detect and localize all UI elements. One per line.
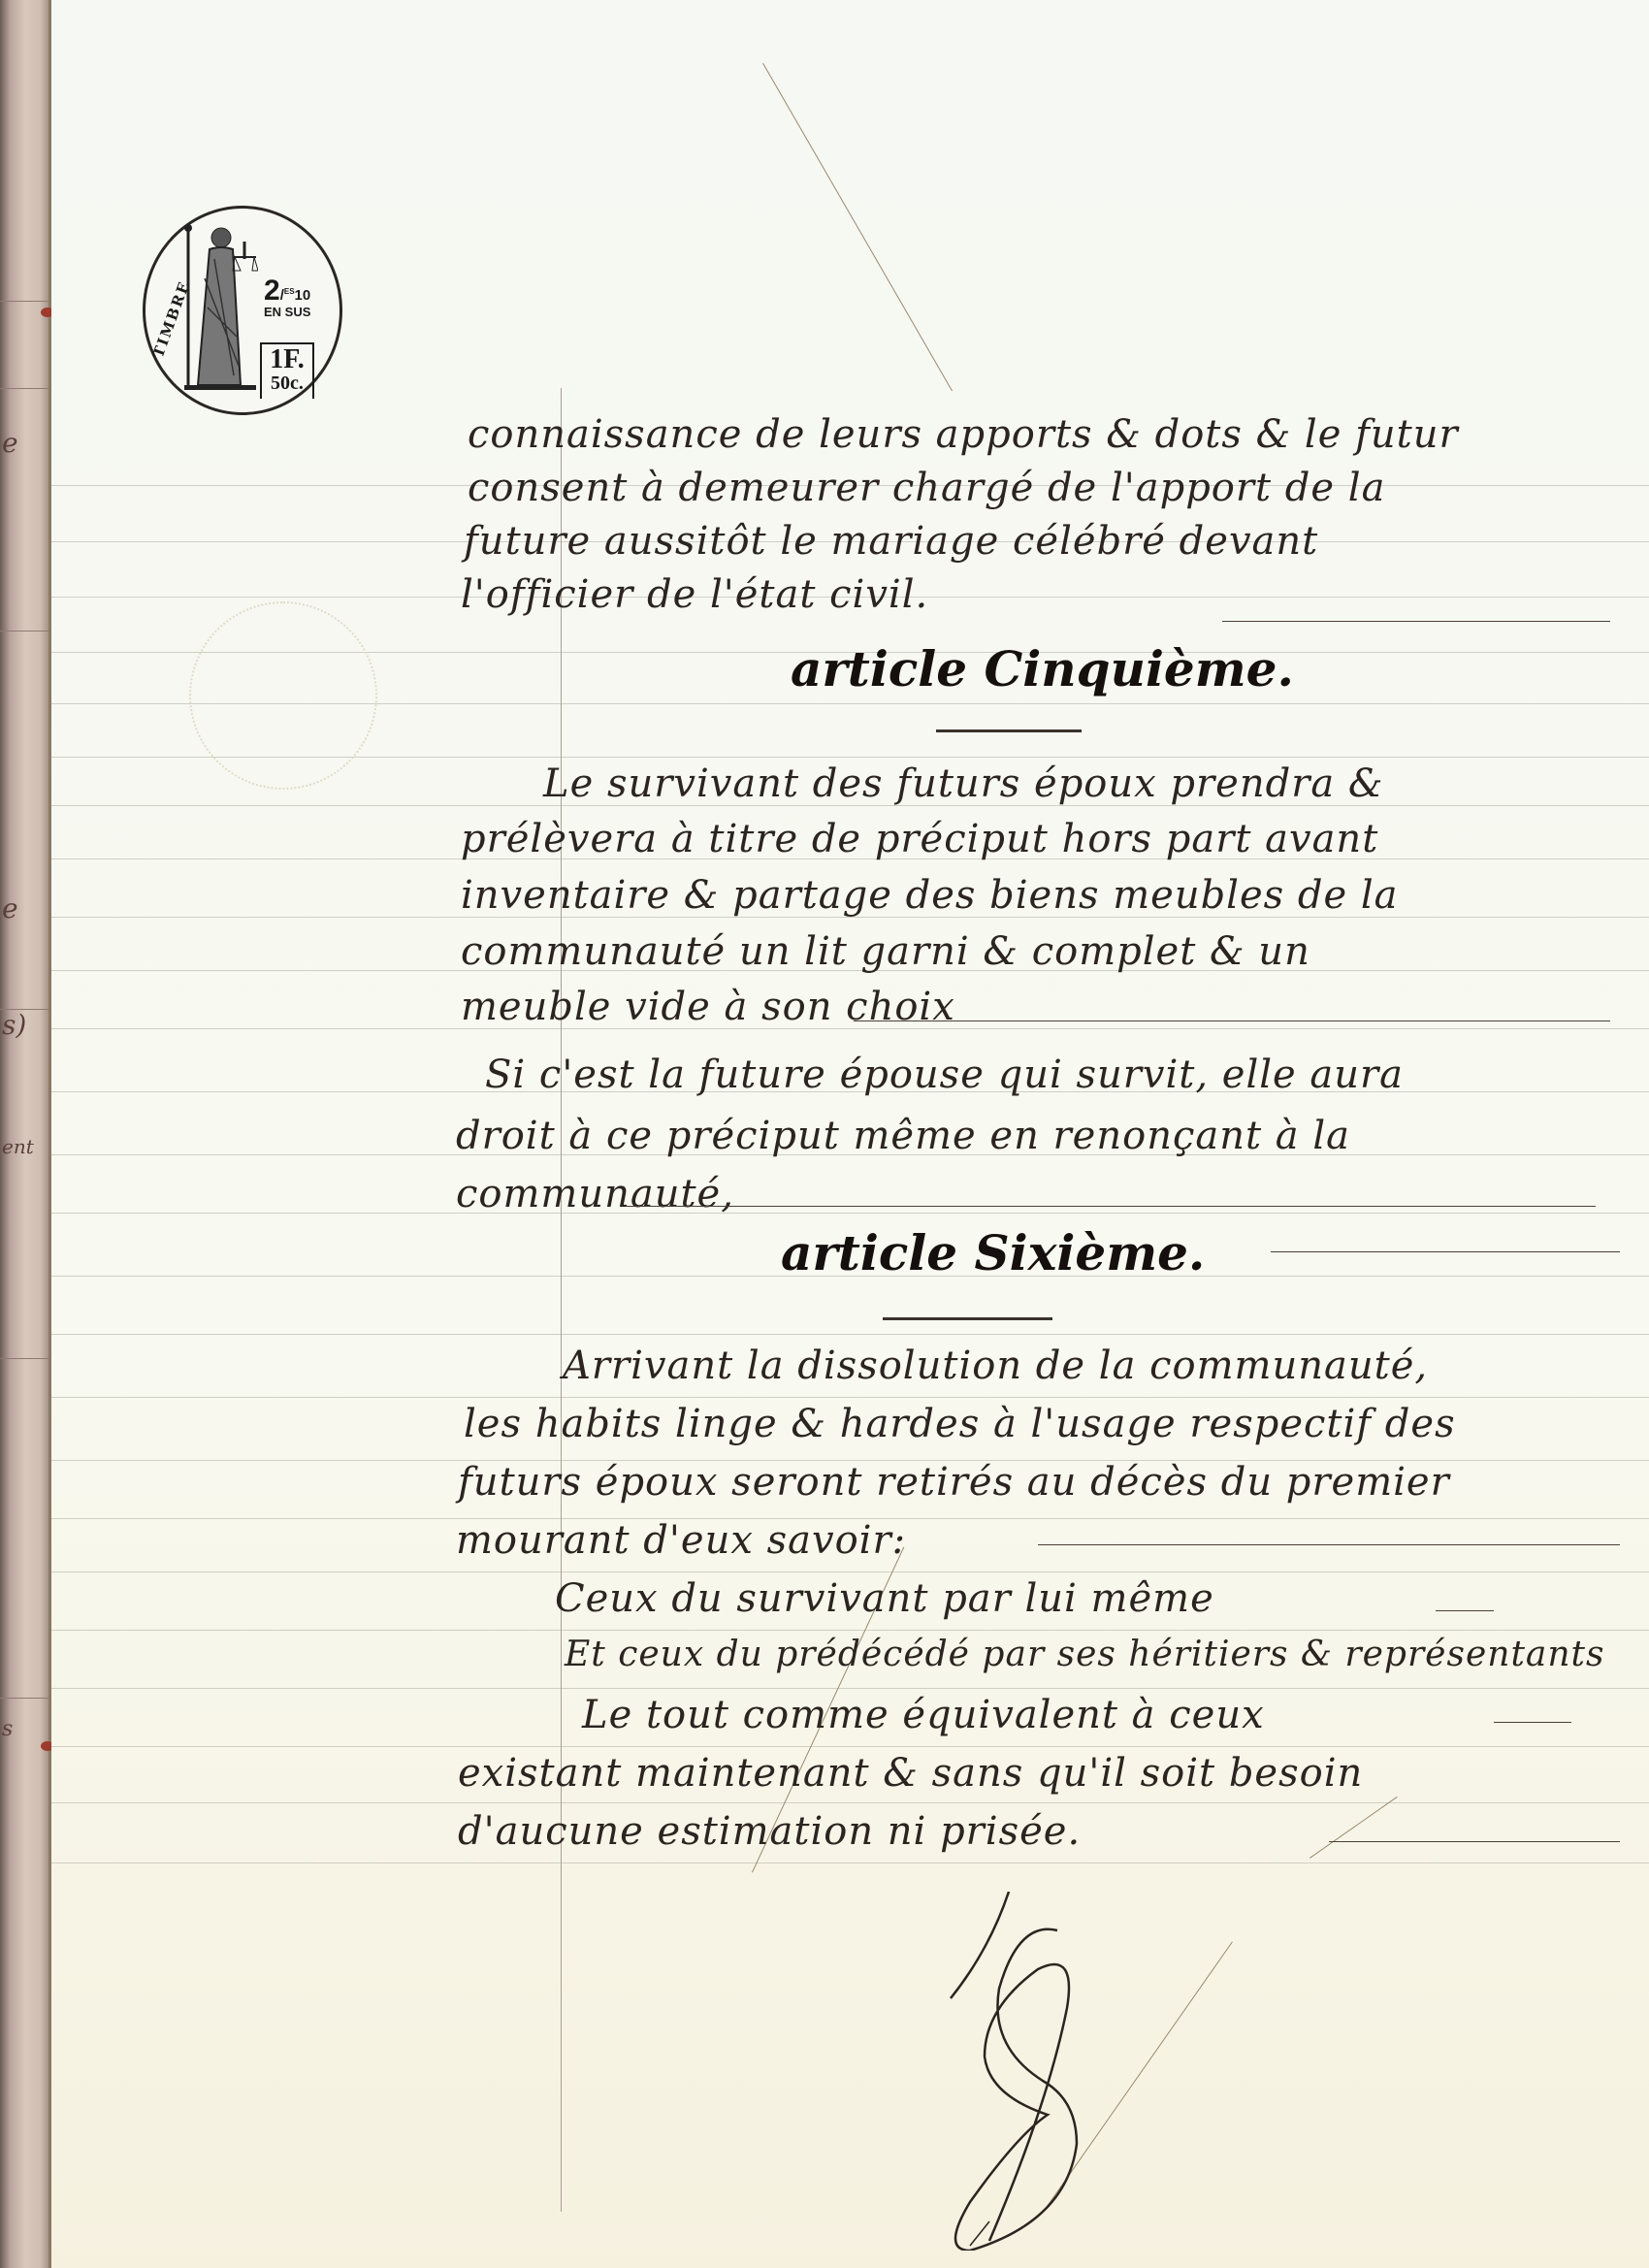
fill-dash: [854, 1021, 1610, 1021]
binding-mark: s): [2, 1009, 26, 1041]
stamp-surcharge: 2/ES10 EN SUS: [264, 276, 310, 318]
margin-line: [561, 388, 562, 2212]
text-line: les habits linge & hardes à l'usage resp…: [464, 1402, 1456, 1446]
text-line: Le tout comme équivalent à ceux: [582, 1693, 1265, 1737]
fill-dash: [1271, 1251, 1620, 1252]
text-line: connaissance de leurs apports & dots & l…: [468, 412, 1459, 457]
article-6-heading: article Sixième.: [781, 1224, 1205, 1281]
ruled-line: [51, 1213, 1649, 1214]
text-line: meuble vide à son choix: [461, 985, 955, 1029]
binding-rule: [0, 388, 48, 389]
fill-dash: [1329, 1841, 1620, 1842]
signature-paraphe-icon: [931, 1892, 1222, 2251]
fill-dash: [626, 1206, 1596, 1207]
text-line: d'aucune estimation ni prisée.: [458, 1809, 1081, 1854]
fill-dash: [1494, 1722, 1571, 1723]
text-line: Arrivant la dissolution de la communauté…: [563, 1344, 1428, 1388]
text-line: future aussitôt le mariage célébré devan…: [464, 519, 1318, 564]
binding-mark: ent: [2, 1135, 34, 1158]
text-line: mourant d'eux savoir:: [456, 1518, 906, 1563]
text-line: existant maintenant & sans qu'il soit be…: [458, 1751, 1363, 1796]
binding-rule: [0, 1698, 48, 1699]
binding-rule: [0, 631, 48, 632]
faint-embossed-seal: [189, 601, 377, 790]
text-line: droit à ce préciput même en renonçant à …: [456, 1114, 1350, 1158]
text-line: consent à demeurer chargé de l'apport de…: [468, 466, 1385, 510]
ruled-line: [51, 1746, 1649, 1747]
binding-rule: [0, 1358, 48, 1359]
text-line: Le survivant des futurs époux prendra &: [543, 761, 1383, 806]
text-line: Et ceux du prédécédé par ses héritiers &…: [565, 1635, 1605, 1674]
heading-underline: [883, 1317, 1052, 1320]
text-line: communauté un lit garni & complet & un: [461, 929, 1310, 974]
ruled-line: [51, 1334, 1649, 1335]
fiscal-stamp: TIMBRE 2/ES10 EN SUS 1F. 50c.: [143, 206, 342, 415]
ruled-line: [51, 1688, 1649, 1689]
article-5-heading: article Cinquième.: [791, 640, 1294, 697]
stamp-price: 1F. 50c.: [260, 342, 314, 399]
text-line: futurs époux seront retirés au décès du …: [458, 1460, 1450, 1505]
text-line: l'officier de l'état civil.: [461, 572, 928, 617]
ruled-line: [51, 1802, 1649, 1803]
text-line: communauté,: [456, 1172, 734, 1216]
text-line: prélèvera à titre de préciput hors part …: [461, 817, 1378, 861]
book-binding: [0, 0, 50, 2268]
binding-mark: e: [2, 892, 18, 924]
binding-rule: [0, 301, 48, 302]
ruled-line: [51, 1863, 1649, 1863]
ruled-line: [51, 1397, 1649, 1398]
text-line: Si c'est la future épouse qui survit, el…: [485, 1053, 1404, 1097]
fill-dash: [1222, 621, 1610, 622]
binding-mark: s: [2, 1717, 13, 1741]
fill-dash: [1436, 1610, 1494, 1611]
ruled-line: [51, 1571, 1649, 1572]
heading-underline: [936, 729, 1082, 732]
text-line: inventaire & partage des biens meubles d…: [461, 873, 1399, 918]
justice-figure-icon: [180, 220, 258, 400]
text-line: Ceux du survivant par lui même: [555, 1576, 1214, 1621]
fill-dash: [1038, 1544, 1620, 1545]
binding-mark: e: [2, 427, 18, 459]
ruled-line: [51, 1630, 1649, 1631]
